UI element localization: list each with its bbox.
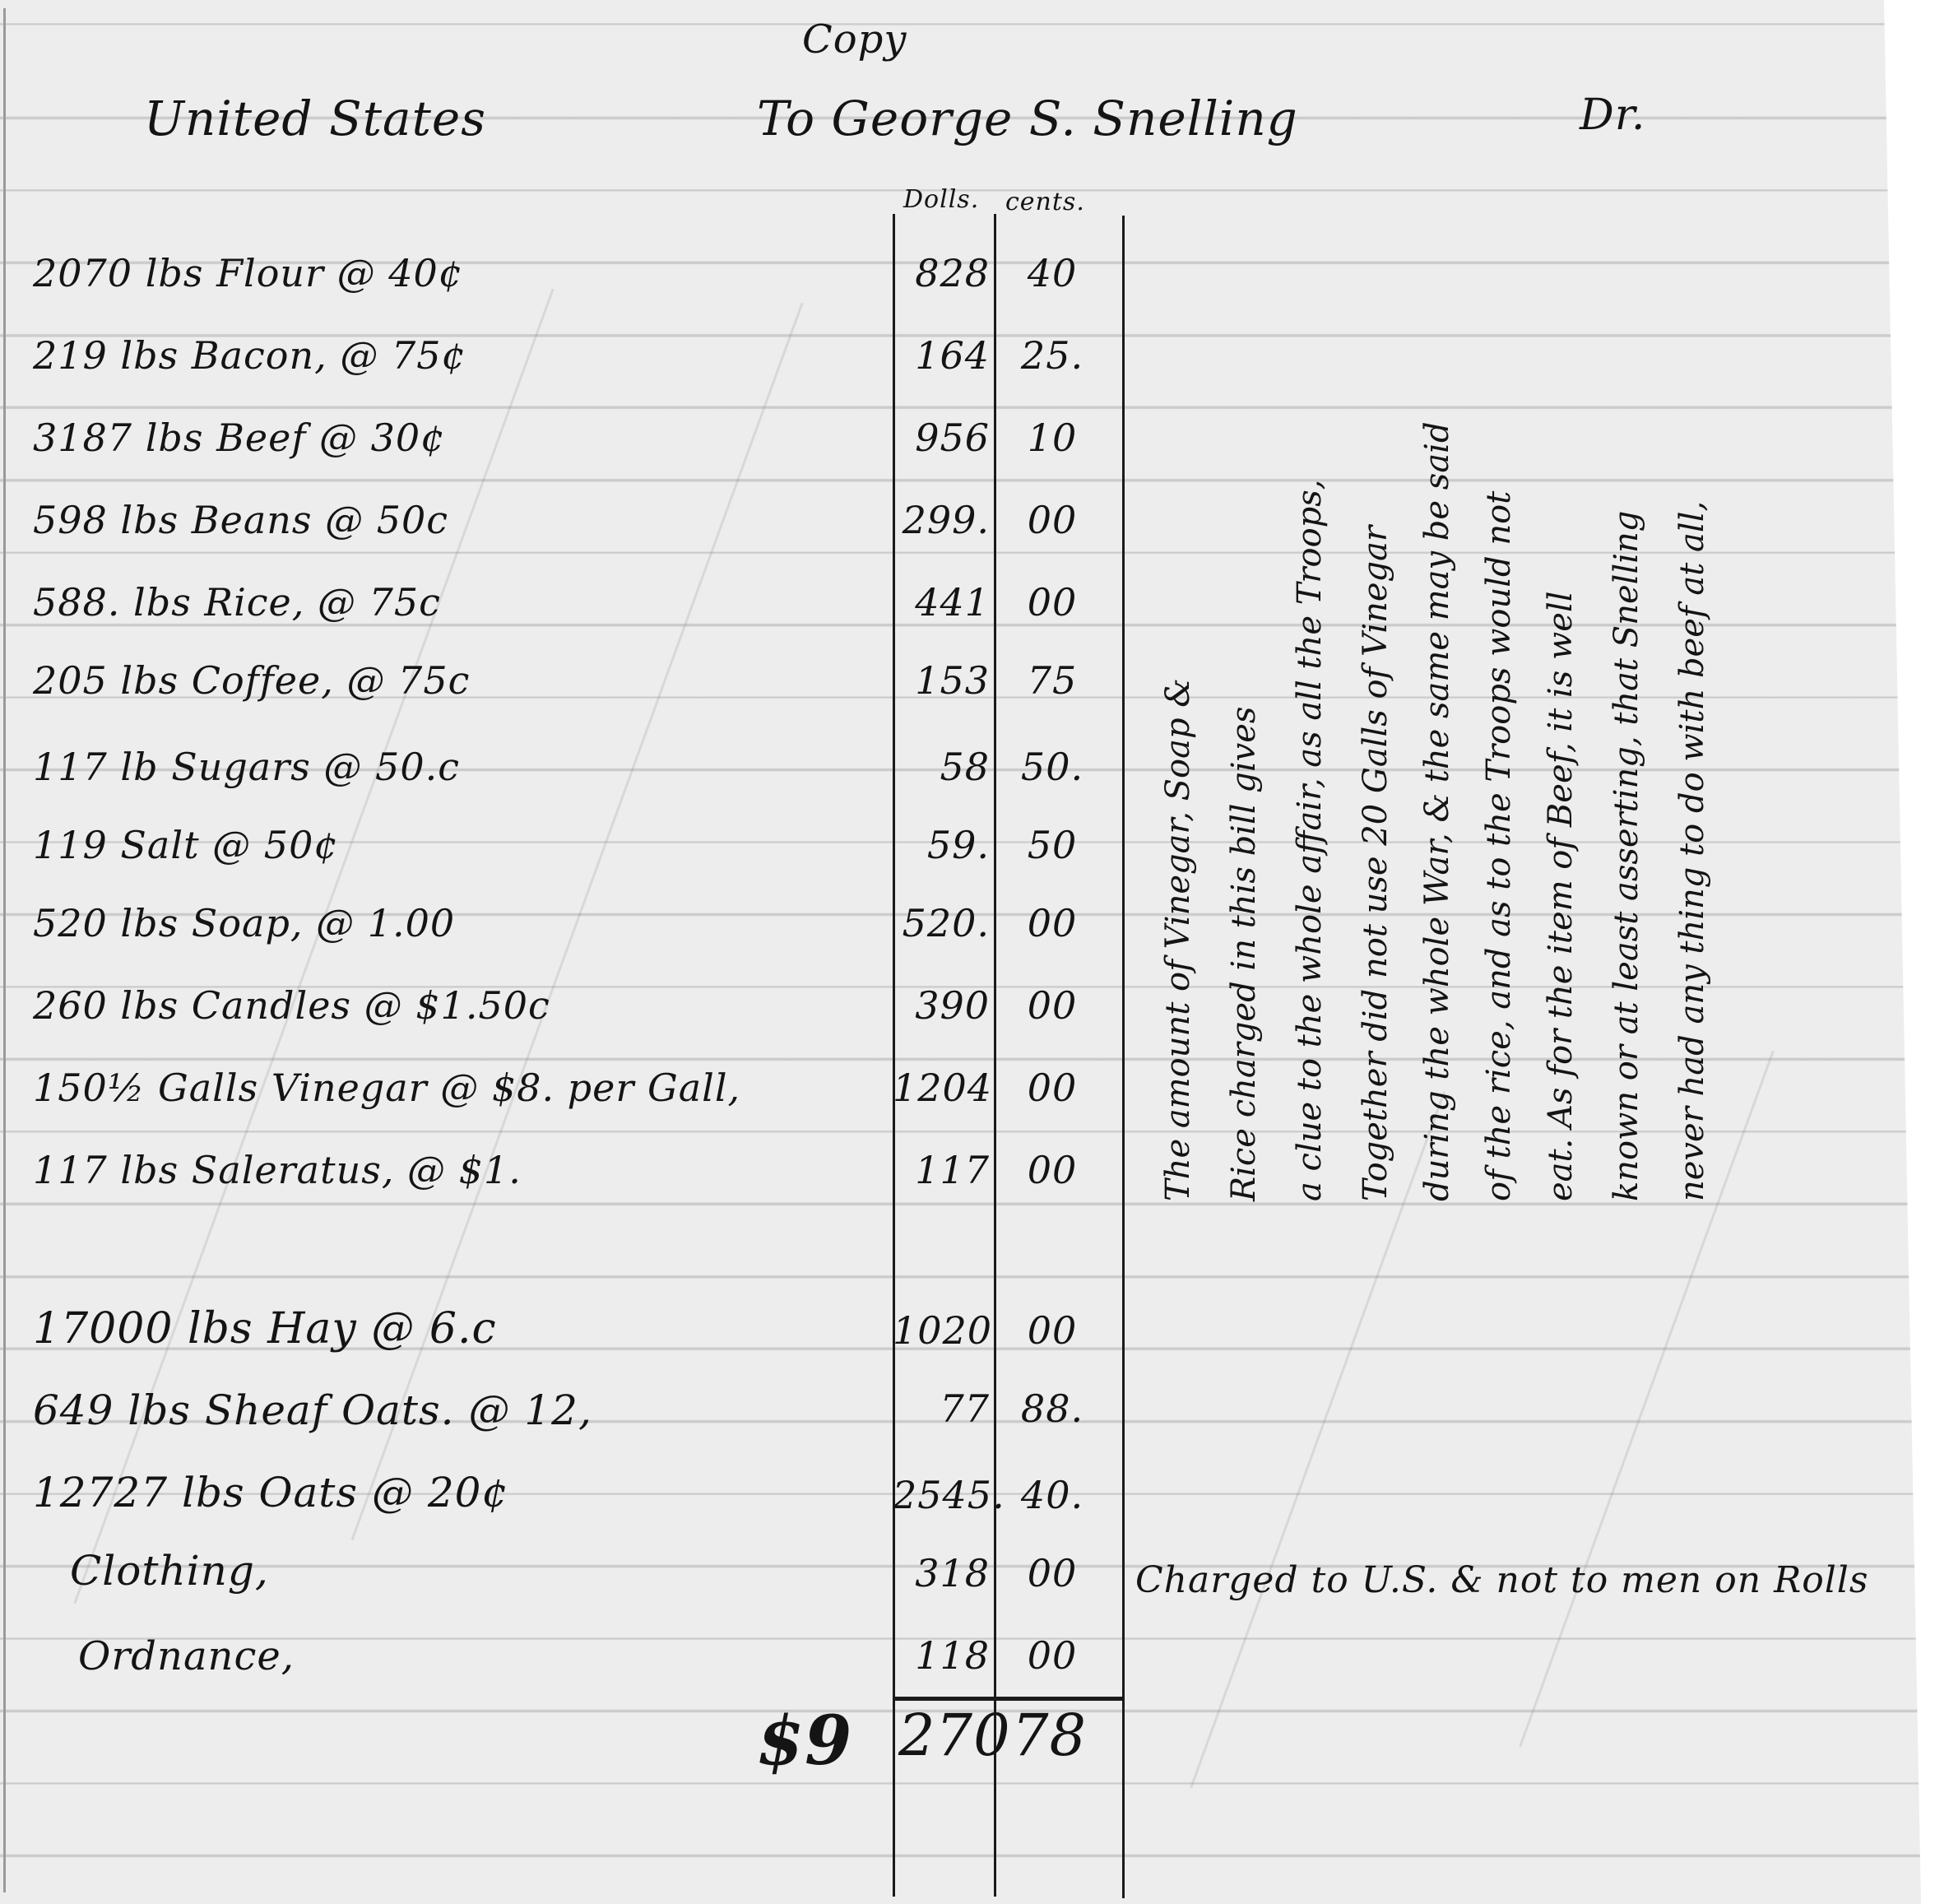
item-cents: 00 [999, 901, 1106, 945]
total-dollars: 270 [898, 1702, 1011, 1769]
margin-note-line: never had any thing to do with beef at a… [1673, 501, 1711, 1201]
item-dollars: 1204 [893, 1066, 990, 1110]
total-cents: 78 [1012, 1702, 1087, 1769]
margin-notes: The amount of Vinegar, Soap & Rice charg… [1152, 214, 1777, 1201]
cents-column-header: cents. [1005, 188, 1085, 216]
margin-note-line: known or at least asserting, that Snelli… [1608, 511, 1645, 1201]
item-description: 119 Salt @ 50¢ [33, 823, 339, 867]
item-description: 598 lbs Beans @ 50c [33, 498, 448, 542]
item-dollars: 1020 [893, 1308, 990, 1353]
item-cents: 50. [999, 745, 1106, 789]
item-description: 117 lbs Saleratus, @ $1. [33, 1148, 522, 1192]
item-cents: 75 [999, 658, 1106, 703]
item-cents: 00 [999, 1066, 1106, 1110]
column-rule-right [1122, 216, 1125, 1898]
item-cents: 00 [999, 1633, 1106, 1678]
item-cents: 40 [999, 251, 1106, 295]
item-dollars: 956 [893, 416, 990, 460]
item-dollars: 2545. [893, 1473, 990, 1517]
item-cents: 00 [999, 580, 1106, 625]
item-cents: 25. [999, 333, 1106, 378]
item-dollars: 118 [893, 1633, 990, 1678]
margin-note-line: The amount of Vinegar, Soap & [1159, 678, 1197, 1201]
item-dollars: 390 [893, 983, 990, 1028]
item-dollars: 153 [893, 658, 990, 703]
dollars-column-header: Dolls. [903, 185, 979, 214]
item-cents: 50 [999, 823, 1106, 867]
item-cents: 00 [999, 1148, 1106, 1192]
margin-note-line: of the rice, and as to the Troops would … [1480, 491, 1518, 1201]
debit-label: Dr. [1580, 91, 1645, 140]
item-dollars: 77 [893, 1386, 990, 1431]
item-cents: 10 [999, 416, 1106, 460]
item-cents: 00 [999, 983, 1106, 1028]
item-dollars: 299. [893, 498, 990, 542]
clothing-annotation: Charged to U.S. & not to men on Rolls [1135, 1559, 1868, 1601]
item-description: 649 lbs Sheaf Oats. @ 12, [33, 1386, 592, 1434]
item-dollars: 441 [893, 580, 990, 625]
total-rule [893, 1697, 1125, 1701]
item-cents: 00 [999, 498, 1106, 542]
margin-note-line: eat. As for the item of Beef, it is well [1542, 591, 1580, 1201]
item-cents: 00 [999, 1551, 1106, 1595]
item-description: 12727 lbs Oats @ 20¢ [33, 1469, 508, 1516]
item-dollars: 59. [893, 823, 990, 867]
item-description: 150½ Galls Vinegar @ $8. per Gall, [33, 1066, 740, 1110]
item-description: 588. lbs Rice, @ 75c [33, 580, 441, 625]
page-edge [3, 8, 6, 1892]
margin-note-line: Together did not use 20 Galls of Vinegar [1357, 526, 1394, 1201]
copy-marker: Copy [802, 16, 907, 63]
item-cents: 00 [999, 1308, 1106, 1353]
item-description: 219 lbs Bacon, @ 75¢ [33, 333, 466, 378]
total-currency-sign: $9 [757, 1702, 852, 1781]
item-dollars: 828 [893, 251, 990, 295]
column-rule-middle [994, 214, 996, 1897]
item-dollars: 164 [893, 333, 990, 378]
item-description: 2070 lbs Flour @ 40¢ [33, 251, 463, 295]
margin-note-line: a clue to the whole affair, as all the T… [1291, 479, 1329, 1201]
item-description: 520 lbs Soap, @ 1.00 [33, 901, 455, 945]
item-description: Clothing, [70, 1547, 269, 1595]
item-cents: 40. [999, 1473, 1106, 1517]
item-description: 3187 lbs Beef @ 30¢ [33, 416, 445, 460]
margin-note-line: Rice charged in this bill gives [1225, 707, 1263, 1201]
item-dollars: 520. [893, 901, 990, 945]
item-cents: 88. [999, 1386, 1106, 1431]
item-description: 117 lb Sugars @ 50.c [33, 745, 460, 789]
item-description: Ordnance, [78, 1633, 295, 1679]
item-description: 260 lbs Candles @ $1.50c [33, 983, 550, 1028]
item-description: 205 lbs Coffee, @ 75c [33, 658, 470, 703]
debtor-heading: United States [144, 91, 486, 146]
item-dollars: 117 [893, 1148, 990, 1192]
item-dollars: 318 [893, 1551, 990, 1595]
item-description: 17000 lbs Hay @ 6.c [33, 1304, 497, 1354]
item-dollars: 58 [893, 745, 990, 789]
creditor-heading: To George S. Snelling [757, 91, 1298, 146]
margin-note-line: during the whole War, & the same may be … [1418, 421, 1456, 1201]
